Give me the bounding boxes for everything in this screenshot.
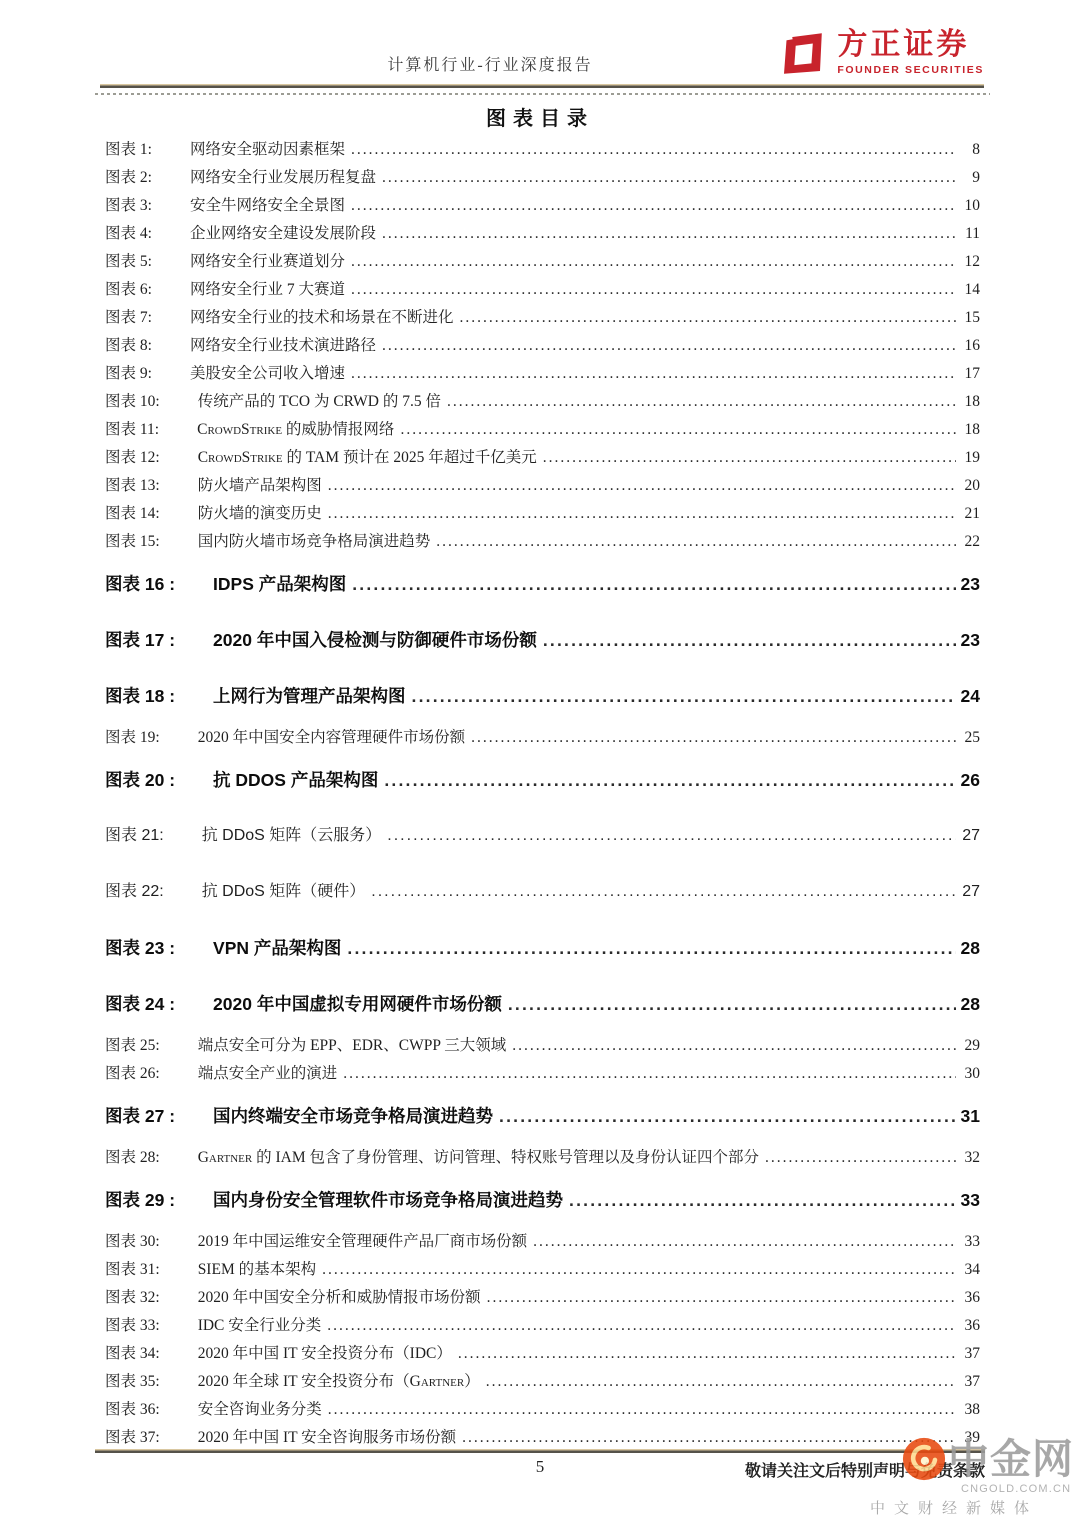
toc-entry: 图表 34: 2020 年中国 IT 安全投资分布（IDC） .........… <box>105 1340 980 1368</box>
toc-entry-label: 图表 34: <box>105 1340 160 1368</box>
toc-entry: 图表 32: 2020 年中国安全分析和威胁情报市场份额 ...........… <box>105 1284 980 1312</box>
toc-entry-title: 网络安全行业 7 大赛道 <box>190 276 345 304</box>
toc-entry: 图表 30: 2019 年中国运维安全管理硬件产品厂商市场份额 ........… <box>105 1228 980 1256</box>
dot-leader: ........................................… <box>382 220 956 248</box>
toc-entry: 图表 7: 网络安全行业的技术和场景在不断进化 ................… <box>105 304 980 332</box>
toc-entry-label: 图表 31: <box>105 1256 160 1284</box>
toc-entry: 图表 37: 2020 年中国 IT 安全咨询服务市场份额 ..........… <box>105 1424 980 1452</box>
toc-entry-title: 2020 年中国安全内容管理硬件市场份额 <box>198 724 465 752</box>
toc-entry-title: SIEM 的基本架构 <box>198 1256 316 1284</box>
toc-entry: 图表 27 : 国内终端安全市场竞争格局演进趋势 ...............… <box>105 1102 980 1130</box>
toc-entry-label: 图表 32: <box>105 1284 160 1312</box>
dot-leader: ........................................… <box>328 500 956 528</box>
dot-leader: ........................................… <box>347 934 956 962</box>
toc-entry-title: 网络安全行业赛道划分 <box>190 248 345 276</box>
toc-entry-page: 14 <box>958 276 980 304</box>
toc-entry-title: 端点安全可分为 EPP、EDR、CWPP 三大领域 <box>198 1032 507 1060</box>
toc-entry: 图表 29 : 国内身份安全管理软件市场竞争格局演进趋势 ...........… <box>105 1186 980 1214</box>
founder-securities-logo: 方正证券 FOUNDER SECURITIES <box>775 26 984 80</box>
toc-entry-title: 传统产品的 TCO 为 CRWD 的 7.5 倍 <box>198 388 441 416</box>
toc-entry: 图表 23 : VPN 产品架构图 ......................… <box>105 934 980 962</box>
toc-entry-page: 25 <box>958 724 980 752</box>
dot-leader: ........................................… <box>327 1312 956 1340</box>
dot-leader: ........................................… <box>471 724 956 752</box>
toc-entry: 图表 21: 抗 DDoS 矩阵（云服务） ..................… <box>105 822 980 850</box>
dot-leader: ........................................… <box>352 570 956 598</box>
toc-entry-title: 抗 DDOS 产品架构图 <box>213 766 378 794</box>
dot-leader: ........................................… <box>351 248 956 276</box>
cngold-watermark: 中金网 CNGOLD.COM.CN 中文财经新媒体 <box>858 1437 1080 1518</box>
toc-entry-title: 抗 DDoS 矩阵（云服务） <box>202 822 382 850</box>
toc-entry-label: 图表 21: <box>105 822 164 850</box>
toc-entry-label: 图表 35: <box>105 1368 160 1396</box>
toc-entry-title: 安全咨询业务分类 <box>198 1396 322 1424</box>
toc-entry-title: 抗 DDoS 矩阵（硬件） <box>202 878 366 906</box>
toc-entry: 图表 18 : 上网行为管理产品架构图 ....................… <box>105 682 980 710</box>
toc-title: 图表目录 <box>0 102 1080 131</box>
toc-entry-title: 2019 年中国运维安全管理硬件产品厂商市场份额 <box>198 1228 527 1256</box>
toc-entry: 图表 36: 安全咨询业务分类 ........................… <box>105 1396 980 1424</box>
toc-entry-title: 2020 年中国虚拟专用网硬件市场份额 <box>213 990 502 1018</box>
toc-list: 图表 1: 网络安全驱动因素框架 .......................… <box>105 136 980 1452</box>
toc-entry-label: 图表 33: <box>105 1312 160 1340</box>
toc-entry-title: 2020 年全球 IT 安全投资分布（Gartner） <box>198 1368 480 1396</box>
toc-entry: 图表 9: 美股安全公司收入增速 .......................… <box>105 360 980 388</box>
toc-entry-title: 安全牛网络安全全景图 <box>190 192 345 220</box>
dot-leader: ........................................… <box>533 1228 956 1256</box>
toc-entry-title: CrowdStrike 的 TAM 预计在 2025 年超过千亿美元 <box>198 444 537 472</box>
toc-entry-label: 图表 29 : <box>105 1186 175 1214</box>
dot-leader: ........................................… <box>499 1102 956 1130</box>
toc-entry: 图表 20 : 抗 DDOS 产品架构图 ...................… <box>105 766 980 794</box>
toc-entry-page: 31 <box>958 1102 980 1130</box>
dot-leader: ........................................… <box>765 1144 956 1172</box>
toc-entry: 图表 12: CrowdStrike 的 TAM 预计在 2025 年超过千亿美… <box>105 444 980 472</box>
toc-entry-title: VPN 产品架构图 <box>213 934 341 962</box>
toc-entry-label: 图表 36: <box>105 1396 160 1424</box>
toc-entry-label: 图表 23 : <box>105 934 175 962</box>
toc-entry-page: 26 <box>958 766 980 794</box>
toc-entry-page: 30 <box>958 1060 980 1088</box>
toc-entry: 图表 2: 网络安全行业发展历程复盘 .....................… <box>105 164 980 192</box>
dot-leader: ........................................… <box>382 164 956 192</box>
dot-leader: ........................................… <box>436 528 956 556</box>
toc-entry-title: IDPS 产品架构图 <box>213 570 346 598</box>
toc-entry: 图表 14: 防火墙的演变历史 ........................… <box>105 500 980 528</box>
toc-entry-label: 图表 28: <box>105 1144 160 1172</box>
toc-entry-page: 24 <box>958 682 980 710</box>
toc-entry-page: 15 <box>958 304 980 332</box>
toc-entry-page: 28 <box>958 934 980 962</box>
toc-entry-label: 图表 15: <box>105 528 160 556</box>
toc-entry-page: 20 <box>958 472 980 500</box>
brand-name-en: FOUNDER SECURITIES <box>837 64 984 76</box>
toc-entry-page: 37 <box>958 1340 980 1368</box>
watermark-name: 中金网 <box>948 1439 1074 1480</box>
toc-entry-title: 网络安全行业的技术和场景在不断进化 <box>190 304 454 332</box>
toc-entry-title: 国内终端安全市场竞争格局演进趋势 <box>213 1102 493 1130</box>
toc-entry-label: 图表 24 : <box>105 990 175 1018</box>
toc-entry-title: 网络安全行业技术演进路径 <box>190 332 376 360</box>
toc-entry: 图表 6: 网络安全行业 7 大赛道 .....................… <box>105 276 980 304</box>
toc-entry-page: 23 <box>958 570 980 598</box>
toc-entry-label: 图表 1: <box>105 136 152 164</box>
toc-entry: 图表 17 : 2020 年中国入侵检测与防御硬件市场份额 ..........… <box>105 626 980 654</box>
toc-entry-title: 防火墙产品架构图 <box>198 472 322 500</box>
toc-entry: 图表 26: 端点安全产业的演进 .......................… <box>105 1060 980 1088</box>
dot-leader: ........................................… <box>400 416 956 444</box>
dot-leader: ........................................… <box>322 1256 956 1284</box>
toc-entry: 图表 35: 2020 年全球 IT 安全投资分布（Gartner） .....… <box>105 1368 980 1396</box>
toc-entry-label: 图表 22: <box>105 878 164 906</box>
dot-leader: ........................................… <box>351 136 956 164</box>
toc-entry-label: 图表 26: <box>105 1060 160 1088</box>
page-header: 计算机行业-行业深度报告 方正证券 FOUNDER SECURITIES <box>0 0 1080 96</box>
toc-entry-page: 22 <box>958 528 980 556</box>
cngold-logo-icon <box>902 1437 946 1481</box>
toc-entry-page: 38 <box>958 1396 980 1424</box>
toc-entry-page: 23 <box>958 626 980 654</box>
toc-entry-title: 国内防火墙市场竞争格局演进趋势 <box>198 528 431 556</box>
toc-entry-title: 2020 年中国 IT 安全投资分布（IDC） <box>198 1340 452 1368</box>
toc-entry-page: 19 <box>958 444 980 472</box>
dot-leader: ........................................… <box>486 1368 956 1396</box>
toc-entry: 图表 3: 安全牛网络安全全景图 .......................… <box>105 192 980 220</box>
toc-entry-label: 图表 11: <box>105 416 159 444</box>
toc-entry: 图表 22: 抗 DDoS 矩阵（硬件） ...................… <box>105 878 980 906</box>
toc-entry-label: 图表 37: <box>105 1424 160 1452</box>
dot-leader: ........................................… <box>328 1396 956 1424</box>
founder-logo-cube-icon <box>775 26 829 80</box>
toc-entry-label: 图表 14: <box>105 500 160 528</box>
toc-entry-page: 34 <box>958 1256 980 1284</box>
toc-entry-label: 图表 19: <box>105 724 160 752</box>
toc-entry-page: 18 <box>958 388 980 416</box>
toc-entry-title: IDC 安全行业分类 <box>198 1312 322 1340</box>
toc-entry-title: Gartner 的 IAM 包含了身份管理、访问管理、特权账号管理以及身份认证四… <box>198 1144 759 1172</box>
toc-entry-label: 图表 25: <box>105 1032 160 1060</box>
toc-entry-page: 9 <box>958 164 980 192</box>
dot-leader: ........................................… <box>543 626 956 654</box>
toc-entry-page: 27 <box>958 878 980 906</box>
toc-entry-title: CrowdStrike 的威胁情报网络 <box>197 416 394 444</box>
toc-entry-label: 图表 2: <box>105 164 152 192</box>
header-dotted-rule <box>95 93 990 95</box>
toc-entry: 图表 5: 网络安全行业赛道划分 .......................… <box>105 248 980 276</box>
watermark-tagline: 中文财经新媒体 <box>870 1497 1080 1518</box>
toc-entry-label: 图表 20 : <box>105 766 175 794</box>
toc-entry: 图表 28: Gartner 的 IAM 包含了身份管理、访问管理、特权账号管理… <box>105 1144 980 1172</box>
dot-leader: ........................................… <box>447 388 956 416</box>
watermark-domain: CNGOLD.COM.CN <box>961 1483 1080 1495</box>
toc-entry: 图表 31: SIEM 的基本架构 ......................… <box>105 1256 980 1284</box>
toc-entry-title: 2020 年中国 IT 安全咨询服务市场份额 <box>198 1424 456 1452</box>
toc-entry-label: 图表 8: <box>105 332 152 360</box>
toc-entry: 图表 1: 网络安全驱动因素框架 .......................… <box>105 136 980 164</box>
toc-entry-page: 17 <box>958 360 980 388</box>
toc-entry: 图表 15: 国内防火墙市场竞争格局演进趋势 .................… <box>105 528 980 556</box>
dot-leader: ........................................… <box>543 444 956 472</box>
toc-entry-label: 图表 27 : <box>105 1102 175 1130</box>
toc-entry-label: 图表 17 : <box>105 626 175 654</box>
dot-leader: ........................................… <box>412 682 956 710</box>
toc-entry-title: 上网行为管理产品架构图 <box>213 682 406 710</box>
dot-leader: ........................................… <box>371 878 956 906</box>
toc-entry-title: 防火墙的演变历史 <box>198 500 322 528</box>
toc-entry-page: 11 <box>958 220 980 248</box>
toc-entry-title: 美股安全公司收入增速 <box>190 360 345 388</box>
toc-entry: 图表 25: 端点安全可分为 EPP、EDR、CWPP 三大领域 .......… <box>105 1032 980 1060</box>
toc-entry-page: 16 <box>958 332 980 360</box>
dot-leader: ........................................… <box>508 990 956 1018</box>
dot-leader: ........................................… <box>459 304 956 332</box>
header-rule <box>100 84 984 88</box>
toc-entry-page: 12 <box>958 248 980 276</box>
toc-entry-label: 图表 30: <box>105 1228 160 1256</box>
dot-leader: ........................................… <box>384 766 956 794</box>
dot-leader: ........................................… <box>382 332 956 360</box>
page-footer: 5 敬请关注文后特别声明与免责条款 <box>95 1449 985 1485</box>
dot-leader: ........................................… <box>328 472 956 500</box>
dot-leader: ........................................… <box>351 192 956 220</box>
toc-entry-label: 图表 3: <box>105 192 152 220</box>
toc-entry-page: 29 <box>958 1032 980 1060</box>
toc-entry-label: 图表 13: <box>105 472 160 500</box>
toc-entry-title: 端点安全产业的演进 <box>198 1060 338 1088</box>
dot-leader: ........................................… <box>512 1032 956 1060</box>
toc-entry: 图表 8: 网络安全行业技术演进路径 .....................… <box>105 332 980 360</box>
dot-leader: ........................................… <box>351 276 956 304</box>
report-page: 计算机行业-行业深度报告 方正证券 FOUNDER SECURITIES 图表目… <box>0 0 1080 1527</box>
dot-leader: ........................................… <box>458 1340 956 1368</box>
toc-entry-label: 图表 4: <box>105 220 152 248</box>
dot-leader: ........................................… <box>569 1186 956 1214</box>
dot-leader: ........................................… <box>487 1284 956 1312</box>
toc-entry-title: 网络安全驱动因素框架 <box>190 136 345 164</box>
toc-entry-label: 图表 9: <box>105 360 152 388</box>
toc-entry: 图表 4: 企业网络安全建设发展阶段 .....................… <box>105 220 980 248</box>
toc-entry-page: 33 <box>958 1228 980 1256</box>
dot-leader: ........................................… <box>387 822 956 850</box>
toc-entry: 图表 24 : 2020 年中国虚拟专用网硬件市场份额 ............… <box>105 990 980 1018</box>
toc-entry-label: 图表 12: <box>105 444 160 472</box>
toc-entry-title: 企业网络安全建设发展阶段 <box>190 220 376 248</box>
toc-entry-page: 10 <box>958 192 980 220</box>
toc-entry-page: 36 <box>958 1312 980 1340</box>
toc-entry-label: 图表 7: <box>105 304 152 332</box>
dot-leader: ........................................… <box>351 360 956 388</box>
toc-entry: 图表 10: 传统产品的 TCO 为 CRWD 的 7.5 倍 ........… <box>105 388 980 416</box>
toc-entry: 图表 19: 2020 年中国安全内容管理硬件市场份额 ............… <box>105 724 980 752</box>
dot-leader: ........................................… <box>343 1060 956 1088</box>
toc-entry: 图表 16 : IDPS 产品架构图 .....................… <box>105 570 980 598</box>
toc-entry-page: 33 <box>958 1186 980 1214</box>
toc-entry-title: 2020 年中国安全分析和威胁情报市场份额 <box>198 1284 481 1312</box>
toc-entry-page: 37 <box>958 1368 980 1396</box>
toc-entry-title: 国内身份安全管理软件市场竞争格局演进趋势 <box>213 1186 563 1214</box>
brand-name-cn: 方正证券 <box>837 30 984 60</box>
toc-entry-page: 28 <box>958 990 980 1018</box>
toc-entry-label: 图表 5: <box>105 248 152 276</box>
toc-entry: 图表 13: 防火墙产品架构图 ........................… <box>105 472 980 500</box>
toc-entry-title: 2020 年中国入侵检测与防御硬件市场份额 <box>213 626 537 654</box>
toc-entry-label: 图表 10: <box>105 388 160 416</box>
toc-entry-page: 21 <box>958 500 980 528</box>
toc-entry-label: 图表 16 : <box>105 570 175 598</box>
toc-entry-title: 网络安全行业发展历程复盘 <box>190 164 376 192</box>
toc-entry-page: 32 <box>958 1144 980 1172</box>
toc-entry-page: 36 <box>958 1284 980 1312</box>
footer-rule <box>95 1449 985 1453</box>
toc-entry: 图表 11: CrowdStrike 的威胁情报网络 .............… <box>105 416 980 444</box>
toc-entry-page: 18 <box>958 416 980 444</box>
toc-entry-label: 图表 6: <box>105 276 152 304</box>
toc-entry-page: 8 <box>958 136 980 164</box>
toc-entry-label: 图表 18 : <box>105 682 175 710</box>
toc-entry: 图表 33: IDC 安全行业分类 ......................… <box>105 1312 980 1340</box>
toc-entry-page: 27 <box>958 822 980 850</box>
